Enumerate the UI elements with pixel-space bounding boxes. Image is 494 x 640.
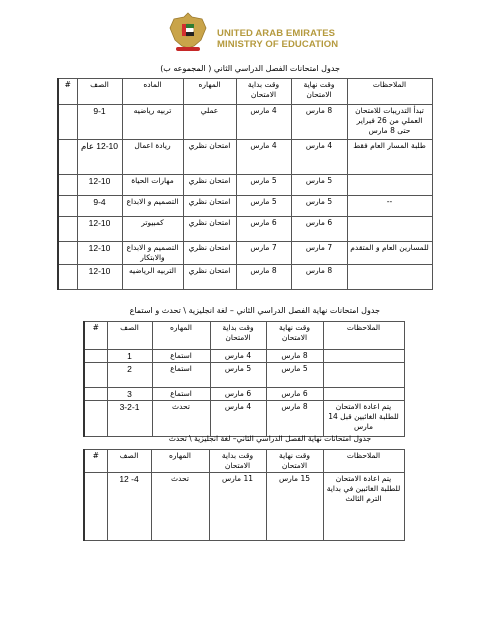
cell-start: 6 مارس [236,217,291,242]
cell-start: 4 مارس [210,350,266,363]
cell-subject: تربيه رياضيه [122,105,183,140]
cell-subject: مهارات الحياة [122,175,183,196]
table-header-row: # الصف المهاره وقت بداية الامتحان وقت نه… [84,322,404,350]
exam-table-english-speaking-listening: # الصف المهاره وقت بداية الامتحان وقت نه… [83,321,405,437]
table-header-row: # الصف المهاره وقت بداية الامتحان وقت نه… [84,450,404,473]
cell-grade: 12-10 عام [77,140,122,175]
cell-notes [323,350,404,363]
table-row: 1 استماع 4 مارس 8 مارس [84,350,404,363]
table3-title: جدول امتحانات نهاية الفصل الدراسي الثاني… [150,434,390,443]
cell-notes [347,217,432,242]
col-header-num: # [84,450,107,473]
cell-skill: تحدث [151,473,209,541]
col-header-grade: الصف [107,450,151,473]
cell-subject: ريادة اعمال [122,140,183,175]
cell-start: 4 مارس [236,105,291,140]
table-row: 12-10 التربيه الرياضيه امتحان نظري 8 مار… [58,265,432,290]
brand-line-1: UNITED ARAB EMIRATES [217,28,338,39]
cell-skill: استماع [152,363,210,388]
table-row: 12 -4 تحدث 11 مارس 15 مارس يتم اعادة الا… [84,473,404,541]
cell-start: 5 مارس [236,175,291,196]
cell-notes [323,363,404,388]
cell-num [84,363,107,388]
cell-start: 11 مارس [209,473,266,541]
cell-skill: امتحان نظري [183,140,236,175]
col-header-end: وقت نهاية الامتحان [266,322,323,350]
table-row: 12-10 التصميم و الابداع والابتكار امتحان… [58,242,432,265]
table-row: 12-10 مهارات الحياة امتحان نظري 5 مارس 5… [58,175,432,196]
cell-num [58,175,77,196]
cell-end: 8 مارس [266,401,323,437]
cell-skill: استماع [152,388,210,401]
cell-end: 5 مارس [291,175,347,196]
cell-grade: 9-4 [77,196,122,217]
cell-skill: استماع [152,350,210,363]
col-header-skill: المهاره [151,450,209,473]
col-header-grade: الصف [107,322,152,350]
cell-notes: طلبة المسار العام فقط [347,140,432,175]
col-header-start: وقت بداية الامتحان [209,450,266,473]
cell-skill: امتحان نظري [183,265,236,290]
cell-end: 4 مارس [291,140,347,175]
table-header-row: # الصف الماده المهاره وقت بداية الامتحان… [58,79,432,105]
table-row: 2 استماع 5 مارس 5 مارس [84,363,404,388]
cell-grade: 12-10 [77,175,122,196]
cell-notes: للمسارين العام و المتقدم [347,242,432,265]
col-header-num: # [84,322,107,350]
col-header-skill: المهاره [152,322,210,350]
table-row: 3 استماع 6 مارس 6 مارس [84,388,404,401]
col-header-start: وقت بداية الامتحان [210,322,266,350]
cell-num [58,196,77,217]
cell-start: 5 مارس [236,196,291,217]
table-row: 12-10 كمبيوتر امتحان نظري 6 مارس 6 مارس [58,217,432,242]
cell-num [58,265,77,290]
cell-grade: 3-2-1 [107,401,152,437]
cell-end: 8 مارس [291,105,347,140]
cell-num [84,350,107,363]
cell-start: 5 مارس [210,363,266,388]
cell-start: 4 مارس [210,401,266,437]
cell-start: 7 مارس [236,242,291,265]
cell-end: 7 مارس [291,242,347,265]
col-header-start: وقت بداية الامتحان [236,79,291,105]
cell-num [58,217,77,242]
cell-skill: امتحان نظري [183,242,236,265]
cell-grade: 9-1 [77,105,122,140]
col-header-notes: الملاحظات [323,450,404,473]
exam-table-english-speaking: # الصف المهاره وقت بداية الامتحان وقت نه… [83,449,405,541]
cell-end: 6 مارس [291,217,347,242]
cell-end: 5 مارس [291,196,347,217]
cell-grade: 12-10 [77,242,122,265]
col-header-notes: الملاحظات [323,322,404,350]
table-row: 9-4 التصميم و الابداع امتحان نظري 5 مارس… [58,196,432,217]
cell-skill: امتحان نظري [183,217,236,242]
cell-grade: 12-10 [77,265,122,290]
cell-skill: امتحان نظري [183,175,236,196]
cell-subject: التصميم و الابداع والابتكار [122,242,183,265]
cell-num [84,401,107,437]
cell-notes: تبدأ التدريبات للامتحان العملي من 26 فبر… [347,105,432,140]
col-header-skill: المهاره [183,79,236,105]
cell-skill: امتحان نظري [183,196,236,217]
cell-notes: يتم اعادة الامتحان للطلبة الغائبين في بد… [323,473,404,541]
cell-start: 8 مارس [236,265,291,290]
cell-grade: 1 [107,350,152,363]
cell-num [84,388,107,401]
cell-notes: يتم اعادة الامتحان للطلبة الغائبين قبل 1… [323,401,404,437]
cell-end: 15 مارس [266,473,323,541]
table1-title: جدول امتحانات الفصل الدراسي الثاني ( الم… [170,64,340,73]
cell-notes [347,265,432,290]
cell-grade: 12-10 [77,217,122,242]
col-header-end: وقت نهاية الامتحان [266,450,323,473]
table-row: 9-1 تربيه رياضيه عملي 4 مارس 8 مارس تبدأ… [58,105,432,140]
cell-skill: تحدث [152,401,210,437]
cell-end: 5 مارس [266,363,323,388]
cell-end: 8 مارس [291,265,347,290]
cell-notes: -- [347,196,432,217]
cell-subject: كمبيوتر [122,217,183,242]
cell-notes [323,388,404,401]
uae-emblem-icon [168,10,208,54]
cell-end: 6 مارس [266,388,323,401]
cell-num [84,473,107,541]
col-header-end: وقت نهاية الامتحان [291,79,347,105]
exam-table-group-b: # الصف الماده المهاره وقت بداية الامتحان… [57,78,433,290]
table-row: 12-10 عام ريادة اعمال امتحان نظري 4 مارس… [58,140,432,175]
cell-skill: عملي [183,105,236,140]
col-header-grade: الصف [77,79,122,105]
cell-subject: التصميم و الابداع [122,196,183,217]
cell-grade: 12 -4 [107,473,151,541]
cell-notes [347,175,432,196]
cell-start: 4 مارس [236,140,291,175]
table-row: 3-2-1 تحدث 4 مارس 8 مارس يتم اعادة الامت… [84,401,404,437]
cell-num [58,242,77,265]
col-header-num: # [58,79,77,105]
ministry-brand: UNITED ARAB EMIRATES MINISTRY OF EDUCATI… [217,28,338,50]
cell-subject: التربيه الرياضيه [122,265,183,290]
table2-title: جدول امتحانات نهاية الفصل الدراسي الثاني… [150,306,380,315]
cell-grade: 2 [107,363,152,388]
brand-line-2: MINISTRY OF EDUCATION [217,39,338,50]
col-header-subject: الماده [122,79,183,105]
cell-grade: 3 [107,388,152,401]
cell-num [58,105,77,140]
col-header-notes: الملاحظات [347,79,432,105]
cell-start: 6 مارس [210,388,266,401]
cell-num [58,140,77,175]
cell-end: 8 مارس [266,350,323,363]
